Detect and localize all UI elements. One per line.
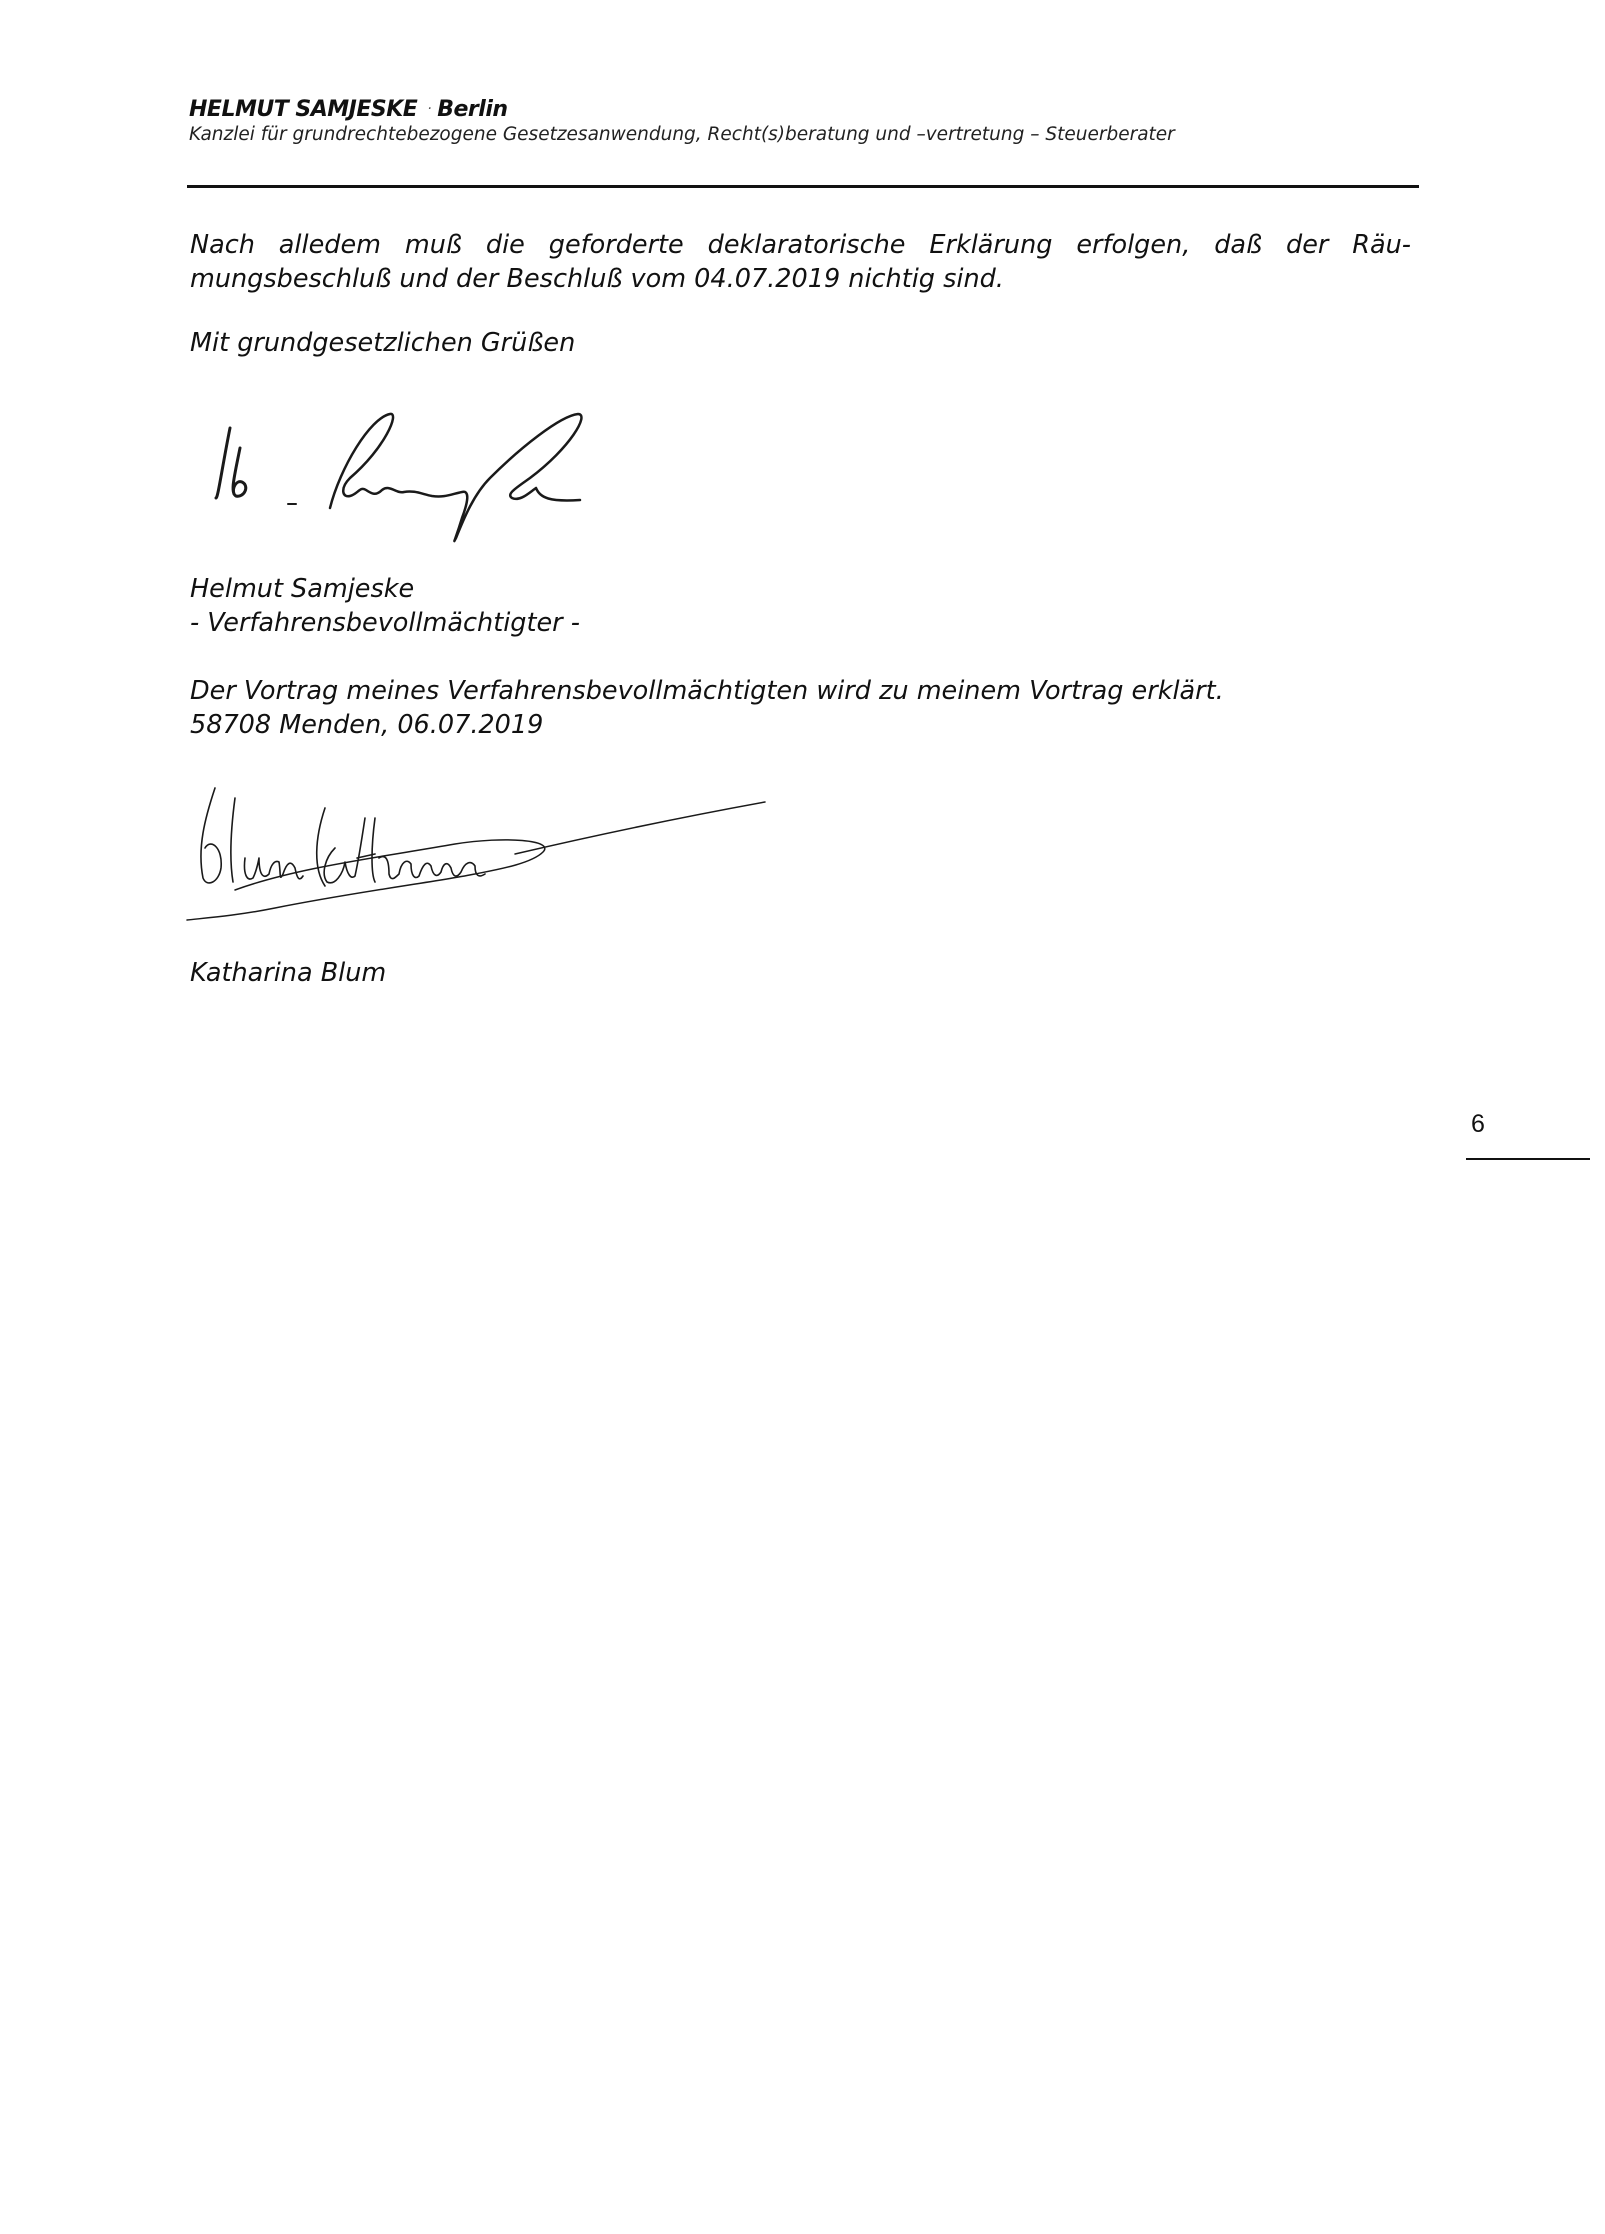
document-page: HELMUT SAMJESKE·Berlin Kanzlei für grund…	[0, 0, 1605, 2234]
letterhead-name: HELMUT SAMJESKE	[189, 97, 417, 122]
page-number-underline	[1466, 1158, 1590, 1160]
page-number: 6	[1471, 1110, 1485, 1139]
signature-helmut-samjeske-icon	[200, 398, 600, 568]
letterhead-title: HELMUT SAMJESKE·Berlin	[189, 97, 508, 122]
letterhead-city: Berlin	[437, 97, 507, 122]
letterhead-separator: ·	[417, 101, 437, 117]
paragraph-line: Nach alledem muß die geforderte deklarat…	[190, 228, 1411, 262]
declaration-statement: Der Vortrag meines Verfahrensbevollmächt…	[190, 674, 1224, 708]
signer-role: - Verfahrensbevollmächtigter -	[190, 606, 580, 640]
paragraph-line: mungsbeschluß und der Beschluß vom 04.07…	[190, 262, 1411, 296]
letterhead-subtitle: Kanzlei für grundrechtebezogene Gesetzes…	[189, 124, 1175, 145]
signer-name: Helmut Samjeske	[190, 572, 414, 606]
place-and-date: 58708 Menden, 06.07.2019	[190, 708, 543, 742]
header-divider	[187, 185, 1419, 188]
closing-salutation: Mit grundgesetzlichen Grüßen	[190, 326, 575, 360]
signature-katharina-blum-icon	[175, 778, 775, 933]
signer-name: Katharina Blum	[190, 956, 386, 990]
paragraph-conclusion: Nach alledem muß die geforderte deklarat…	[190, 228, 1411, 296]
